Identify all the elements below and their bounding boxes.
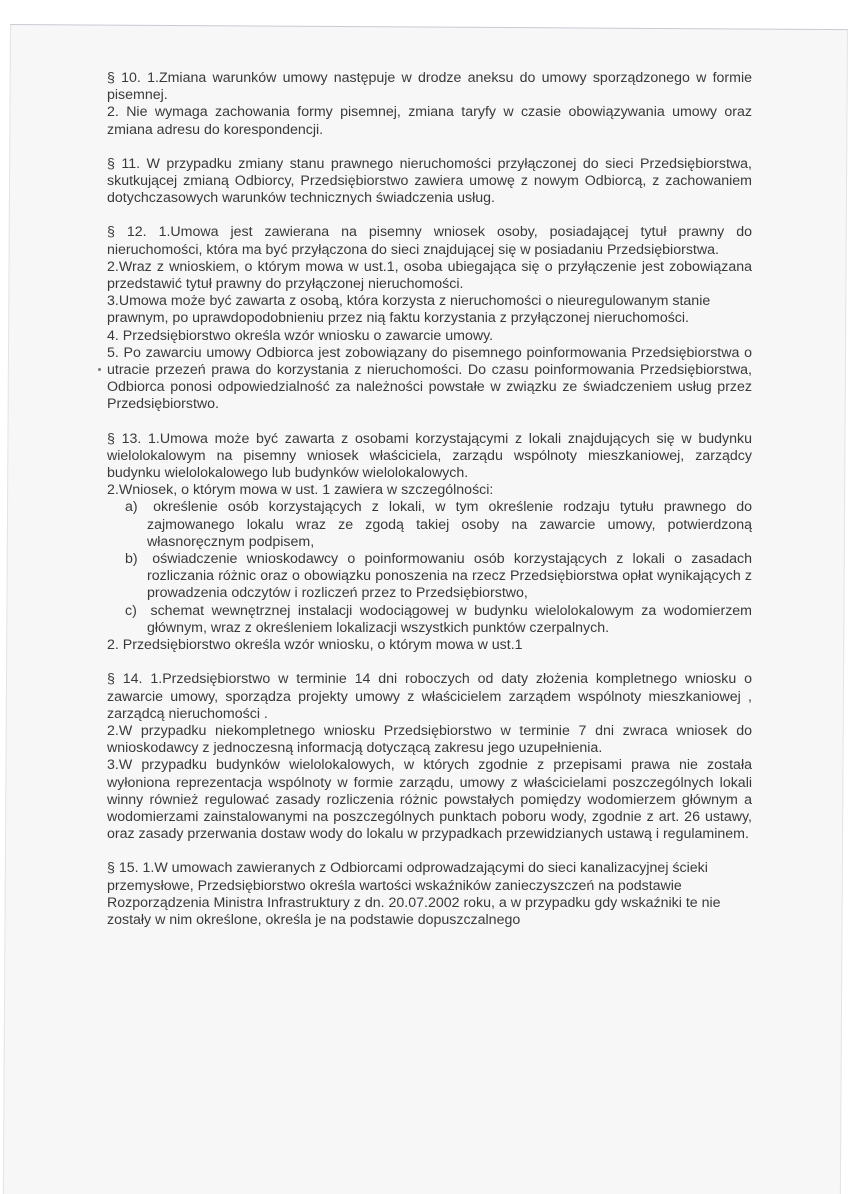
document-body: § 10. 1.Zmiana warunków umowy następuje … [107,70,752,946]
section-text: 1.Zmiana warunków umowy następuje w drod… [107,70,752,103]
section-text: 1.Umowa jest zawierana na pisemny wniose… [107,224,752,257]
section-12-item-4: 4. Przedsiębiorstwo określa wzór wniosku… [107,328,752,345]
section-heading: § 12. [107,224,147,240]
section-10-item-2: 2. Nie wymaga zachowania formy pisemnej,… [107,104,752,138]
section-13: § 13. 1.Umowa może być zawarta z osobami… [107,431,752,655]
section-15-item-1: § 15. 1.W umowach zawieranych z Odbiorca… [107,860,752,929]
section-13-subitem-a: a) określenie osób korzystających z loka… [107,499,752,551]
section-text: 1.Przedsiębiorstwo w terminie 14 dni rob… [107,671,752,721]
section-heading: § 11. [107,156,140,172]
section-13-subitem-b: b) oświadczenie wnioskodawcy o poinformo… [107,551,752,603]
section-12-item-5: 5. Po zawarciu umowy Odbiorca jest zobow… [107,345,752,414]
subitem-label: c) [125,603,143,620]
subitem-text: schemat wewnętrznej instalacji wodociągo… [147,603,752,636]
section-12: § 12. 1.Umowa jest zawierana na pisemny … [107,224,752,413]
subitem-label: b) [125,551,143,568]
section-14: § 14. 1.Przedsiębiorstwo w terminie 14 d… [107,671,752,843]
section-heading: § 14. [107,671,143,687]
section-14-item-3: 3.W przypadku budynków wielolokalowych, … [107,757,752,843]
section-10: § 10. 1.Zmiana warunków umowy następuje … [107,70,752,139]
section-11: § 11. W przypadku zmiany stanu prawnego … [107,156,752,208]
section-11-item-1: § 11. W przypadku zmiany stanu prawnego … [107,156,752,208]
section-13-item-2: 2.Wniosek, o którym mowa w ust. 1 zawier… [107,482,752,499]
section-text: W przypadku zmiany stanu prawnego nieruc… [107,156,752,206]
section-heading: § 10. [107,70,141,86]
section-12-item-1: § 12. 1.Umowa jest zawierana na pisemny … [107,224,752,258]
scan-speck [98,368,101,371]
section-13-item-1: § 13. 1.Umowa może być zawarta z osobami… [107,431,752,483]
section-heading: § 13. [107,431,141,447]
section-heading: § 15. [107,860,139,876]
subitem-text: oświadczenie wnioskodawcy o poinformowan… [147,551,752,601]
section-14-item-1: § 14. 1.Przedsiębiorstwo w terminie 14 d… [107,671,752,723]
subitem-text: określenie osób korzystających z lokali,… [147,499,752,549]
section-text: 1.W umowach zawieranych z Odbiorcami odp… [107,860,721,928]
section-13-closing: 2. Przedsiębiorstwo określa wzór wniosku… [107,637,752,654]
section-14-item-2: 2.W przypadku niekompletnego wniosku Prz… [107,723,752,757]
section-12-item-2: 2.Wraz z wnioskiem, o którym mowa w ust.… [107,259,752,293]
section-10-item-1: § 10. 1.Zmiana warunków umowy następuje … [107,70,752,104]
section-15: § 15. 1.W umowach zawieranych z Odbiorca… [107,860,752,929]
section-text: 1.Umowa może być zawarta z osobami korzy… [107,431,752,481]
subitem-label: a) [125,499,143,516]
section-12-item-3: 3.Umowa może być zawarta z osobą, która … [107,293,752,327]
section-13-subitem-c: c) schemat wewnętrznej instalacji wodoci… [107,603,752,637]
